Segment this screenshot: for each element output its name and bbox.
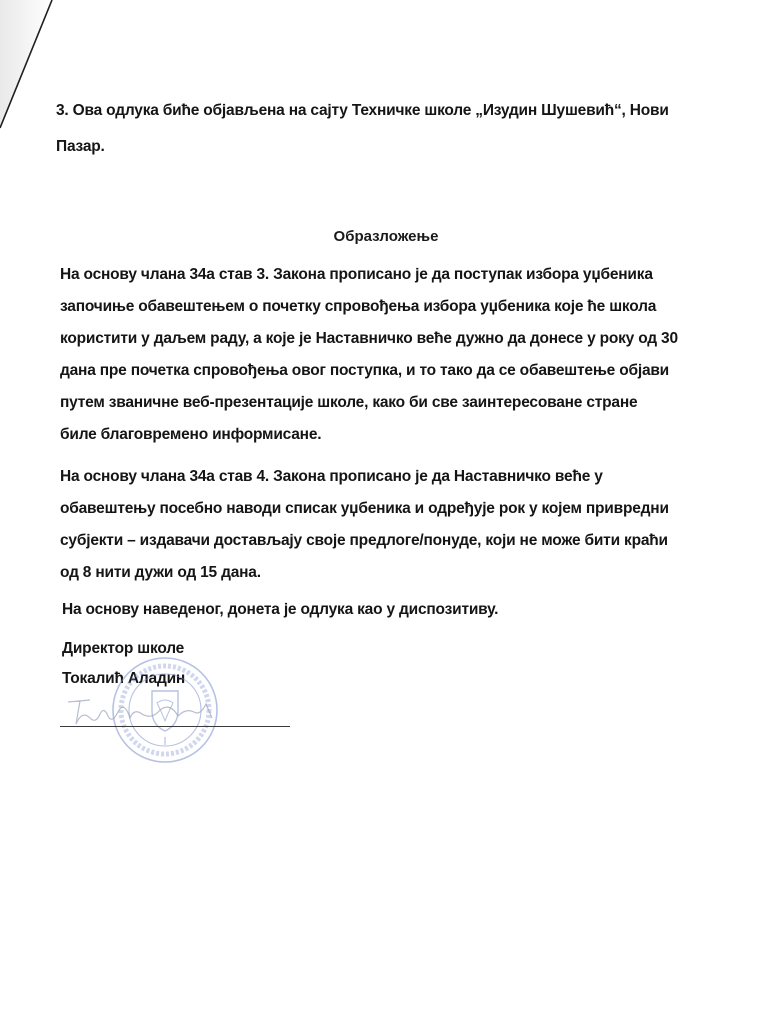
paragraph-1-line: започиње обавештењем о почетку спровођењ…: [60, 298, 656, 316]
item-3-line-1: 3. Ова одлука биће објављена на сајту Те…: [56, 102, 669, 120]
paragraph-3: На основу наведеног, донета је одлука ка…: [62, 601, 498, 619]
signature-line: [60, 726, 290, 727]
paragraph-2-line: од 8 нити дужи од 15 дана.: [60, 564, 261, 582]
paragraph-1-line: путем званичне веб-презентације школе, к…: [60, 394, 637, 412]
paragraph-2-line: субјекти – издавачи достављају своје пре…: [60, 532, 668, 550]
paragraph-1-line: дана пре почетка спровођења овог поступк…: [60, 362, 669, 380]
handwritten-signature-icon: [60, 690, 260, 730]
document-page: 3. Ова одлука биће објављена на сајту Те…: [0, 0, 772, 1024]
paragraph-1-line: биле благовремено информисане.: [60, 426, 321, 444]
paragraph-1-line: На основу члана 34а став 3. Закона пропи…: [60, 266, 653, 284]
section-heading: Образложење: [0, 228, 772, 245]
paragraph-2-line: На основу члана 34а став 4. Закона пропи…: [60, 468, 603, 486]
page-fold-edge: [0, 0, 60, 140]
paragraph-1-line: користити у даљем раду, а које је Настав…: [60, 330, 678, 348]
item-3-line-2: Пазар.: [56, 138, 105, 156]
paragraph-2-line: обавештењу посебно наводи списак уџбеник…: [60, 500, 669, 518]
